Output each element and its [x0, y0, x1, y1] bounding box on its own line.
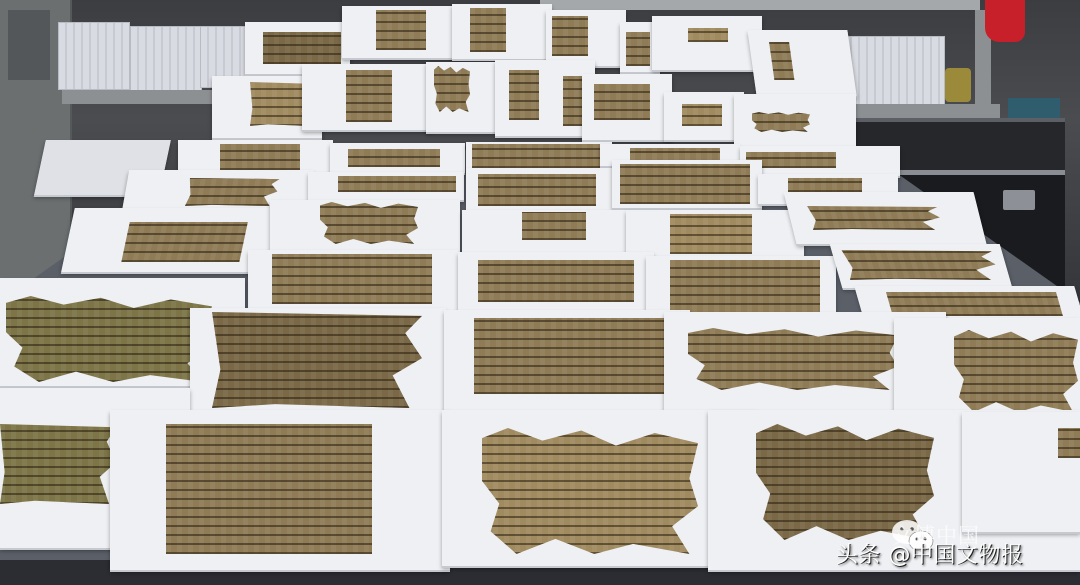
mount-sheet	[734, 94, 856, 148]
mount-sheet	[830, 244, 1013, 288]
mount-sheet	[582, 74, 672, 140]
mount-sheet	[110, 410, 450, 570]
red-cloth	[985, 0, 1025, 42]
storage-crate	[58, 22, 130, 90]
mount-sheet	[747, 30, 856, 96]
mount-sheet	[426, 62, 506, 132]
mount-sheet	[330, 143, 465, 173]
mount-sheet	[190, 308, 446, 410]
mount-sheet	[962, 412, 1080, 532]
mount-sheet	[444, 310, 690, 410]
watermark-credit: 头条 @中国文物报	[836, 538, 1024, 569]
mount-sheet	[495, 60, 595, 136]
mount-sheet	[308, 172, 464, 200]
mount-sheet	[466, 168, 616, 212]
storage-crate	[130, 26, 202, 92]
cabinet-panel	[8, 10, 50, 80]
mount-sheet	[302, 64, 432, 130]
mount-sheet	[784, 192, 987, 244]
mount-sheet	[894, 318, 1080, 414]
photo-scene	[0, 0, 1080, 585]
mount-sheet	[466, 142, 612, 170]
mount-sheet	[740, 146, 900, 176]
mount-sheet	[458, 252, 654, 310]
mount-sheet	[652, 16, 762, 70]
mount-sheet	[612, 160, 762, 208]
mount-sheet	[270, 200, 460, 256]
case-latch	[1003, 190, 1035, 210]
mount-sheet	[248, 250, 458, 312]
mount-sheet	[664, 92, 744, 140]
mount-sheet	[646, 256, 836, 318]
mount-sheet	[342, 6, 460, 58]
mount-sheet	[452, 4, 552, 59]
shelf-bar	[540, 0, 980, 10]
mount-sheet	[462, 210, 630, 256]
tape-roll	[945, 68, 971, 102]
mount-sheet	[546, 10, 626, 66]
